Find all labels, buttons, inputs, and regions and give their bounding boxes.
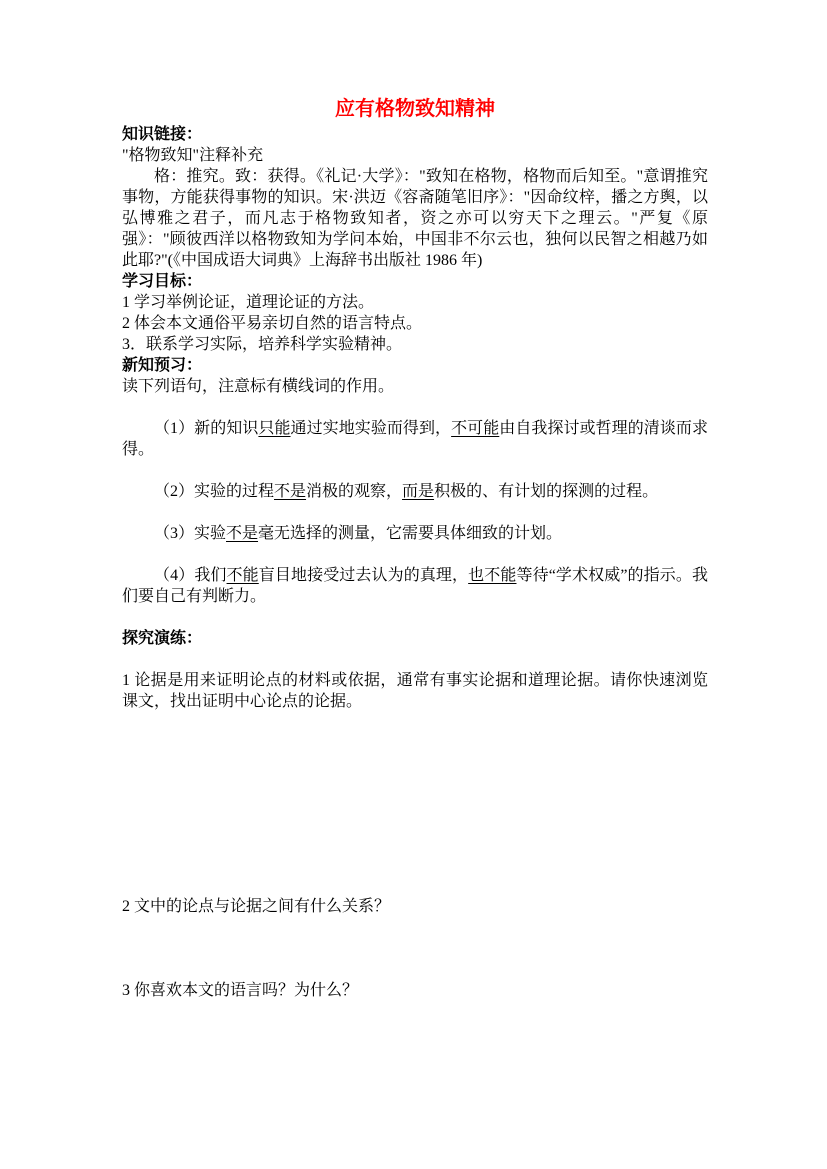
knowledge-link-subheading: "格物致知"注释补充 (122, 145, 708, 166)
underlined-term: 只能 (258, 420, 290, 437)
knowledge-link-heading: 知识链接： (122, 124, 708, 145)
section-exploration-practice: 探究演练： 1 论据是用来证明论点的材料或依据，通常有事实论据和道理论据。请你快… (122, 628, 708, 1001)
section-learning-goals: 学习目标： 1 学习举例论证，道理论证的方法。 2 体会本文通俗平易亲切自然的语… (122, 271, 708, 355)
text-segment: （1）新的知识 (154, 420, 258, 437)
underlined-term: 不可能 (451, 420, 499, 437)
preview-sentence-1: （1）新的知识只能通过实地实验而得到，不可能由自我探讨或哲理的清谈而求得。 (122, 418, 708, 460)
document-page: 应有格物致知精神 知识链接： "格物致知"注释补充 格：推究。致：获得。《礼记·… (0, 0, 827, 1169)
preview-sentence-4: （4）我们不能盲目地接受过去认为的真理，也不能等待“学术权威”的指示。我们要自己… (122, 565, 708, 607)
learning-goals-heading: 学习目标： (122, 271, 708, 292)
text-segment: 盲目地接受过去认为的真理， (259, 567, 468, 584)
text-segment: （2）实验的过程 (154, 483, 274, 500)
preview-sentence-3: （3）实验不是毫无选择的测量，它需要具体细致的计划。 (122, 523, 708, 544)
knowledge-link-paragraph: 格：推究。致：获得。《礼记·大学》："致知在格物，格物而后知至。"意谓推究事物，… (122, 166, 708, 271)
preview-intro: 读下列语句，注意标有横线词的作用。 (122, 376, 708, 397)
learning-goal-item: 3．联系学习实际，培养科学实验精神。 (122, 334, 708, 355)
section-new-knowledge-preview: 新知预习： 读下列语句，注意标有横线词的作用。 （1）新的知识只能通过实地实验而… (122, 355, 708, 607)
practice-question-1: 1 论据是用来证明论点的材料或依据，通常有事实论据和道理论据。请你快速浏览课文，… (122, 670, 708, 712)
text-segment: 积极的、有计划的探测的过程。 (434, 483, 658, 500)
preview-heading: 新知预习： (122, 355, 708, 376)
underlined-term: 不能 (227, 567, 259, 584)
underlined-term: 不是 (226, 525, 258, 542)
learning-goal-item: 2 体会本文通俗平易亲切自然的语言特点。 (122, 313, 708, 334)
text-segment: 消极的观察， (306, 483, 402, 500)
preview-sentence-2: （2）实验的过程不是消极的观察，而是积极的、有计划的探测的过程。 (122, 481, 708, 502)
practice-heading: 探究演练： (122, 628, 708, 649)
text-segment: （4）我们 (154, 567, 227, 584)
underlined-term: 不是 (274, 483, 306, 500)
text-segment: 通过实地实验而得到， (291, 420, 452, 437)
underlined-term: 也不能 (468, 567, 516, 584)
section-knowledge-link: 知识链接： "格物致知"注释补充 格：推究。致：获得。《礼记·大学》："致知在格… (122, 124, 708, 271)
page-title: 应有格物致知精神 (122, 97, 708, 121)
text-segment: 毫无选择的测量，它需要具体细致的计划。 (258, 525, 562, 542)
learning-goal-item: 1 学习举例论证，道理论证的方法。 (122, 292, 708, 313)
text-segment: （3）实验 (154, 525, 226, 542)
underlined-term: 而是 (402, 483, 434, 500)
practice-question-3: 3 你喜欢本文的语言吗？为什么？ (122, 980, 708, 1001)
practice-question-2: 2 文中的论点与论据之间有什么关系？ (122, 896, 708, 917)
